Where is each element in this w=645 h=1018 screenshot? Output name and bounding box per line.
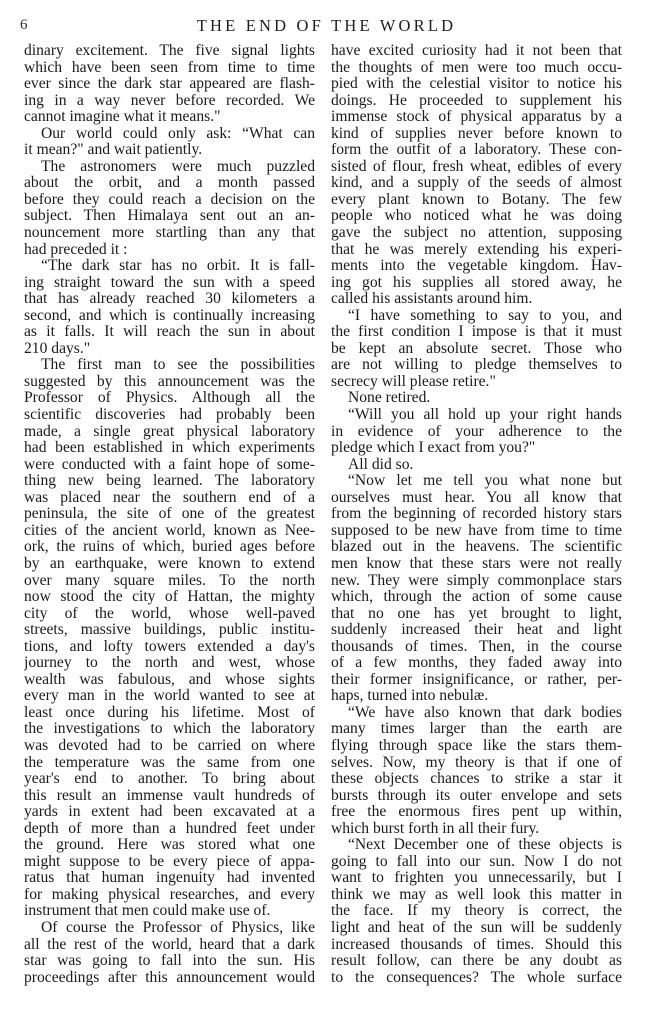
text-line: result follow, can there be any doubt as [331, 953, 622, 970]
text-line: might suppose to be every piece of appa- [24, 854, 315, 871]
text-line: pied with the celestial visitor to notic… [331, 76, 622, 93]
text-line: 210 days." [24, 341, 315, 358]
text-line: have excited curiosity had it not been t… [331, 43, 622, 60]
text-line: None retired. [331, 390, 622, 407]
text-line: it mean?" and wait patiently. [24, 142, 315, 159]
text-line: suddenly increased their heat and light [331, 622, 622, 639]
text-line: “Now let me tell you what none but [331, 473, 622, 490]
text-line: pledge which I exact from you?" [331, 440, 622, 457]
text-line: in evidence of your adherence to the [331, 424, 622, 441]
text-line: streets, massive buildings, public insti… [24, 622, 315, 639]
text-line: new. They were simply commonplace stars [331, 573, 622, 590]
text-line: light and heat of the sun will be sudden… [331, 920, 622, 937]
text-line: selves. Now, my theory is that if one of [331, 755, 622, 772]
text-line: city of the world, whose well-paved [24, 606, 315, 623]
text-line: the thoughts of men were too much occu- [331, 60, 622, 77]
text-line: ourselves must hear. You all know that [331, 490, 622, 507]
text-line: before they could reach a decision on th… [24, 192, 315, 209]
text-line: called his assistants around him. [331, 291, 622, 308]
text-line: ing got his supplies all stored away, he [331, 275, 622, 292]
text-line: ork, the ruins of which, buried ages bef… [24, 539, 315, 556]
text-line: dinary excitement. The five signal light… [24, 43, 315, 60]
text-line: had preceded it : [24, 242, 315, 259]
book-page: 6 THE END OF THE WORLD dinary excitement… [0, 0, 645, 1018]
text-line: that he was merely extending his experi- [331, 242, 622, 259]
text-line: Our world could only ask: “What can [24, 126, 315, 143]
text-line: ing straight toward the sun with a speed [24, 275, 315, 292]
text-line: ments into the vegetable kingdom. Hav- [331, 258, 622, 275]
text-line: now stood the city of Hattan, the mighty [24, 589, 315, 606]
text-line: form the outfit of a laboratory. These c… [331, 142, 622, 159]
text-line: “Next December one of these objects is [331, 837, 622, 854]
text-line: doings. He proceeded to supplement his [331, 93, 622, 110]
text-line: to the consequences? The whole surface [331, 970, 622, 987]
text-line: journey to the north and west, whose [24, 655, 315, 672]
text-line: made, a single great physical laboratory [24, 424, 315, 441]
text-line: cannot imagine what it means." [24, 109, 315, 126]
right-column: have excited curiosity had it not been t… [331, 43, 622, 986]
text-line: thousands of times. Then, in the course [331, 639, 622, 656]
text-line: immense stock of physical apparatus by a [331, 109, 622, 126]
text-line: every plant known to Botany. The few [331, 192, 622, 209]
text-line: the ground. Here was stored what one [24, 837, 315, 854]
text-line: for making physical researches, and ever… [24, 887, 315, 904]
text-line: instrument that men could make use of. [24, 903, 315, 920]
text-line: year's end to another. To bring about [24, 771, 315, 788]
text-line: this result an immense vault hundreds of [24, 788, 315, 805]
text-line: that no one has yet brought to light, [331, 606, 622, 623]
text-line: Professor of Physics. Although all the [24, 390, 315, 407]
text-line: which have been seen from time to time [24, 60, 315, 77]
text-line: ing in a way never before recorded. We [24, 93, 315, 110]
text-line: the investigations to which the laborato… [24, 721, 315, 738]
text-line: kind, and a supply of the seeds of almos… [331, 175, 622, 192]
text-line: free the enormous fires pent up within, [331, 804, 622, 821]
text-line: from the beginning of recorded history s… [331, 506, 622, 523]
text-line: by an earthquake, were known to extend [24, 556, 315, 573]
text-line: “We have also known that dark bodies [331, 705, 622, 722]
text-line: people who noticed what he was doing [331, 208, 622, 225]
text-line: sisted of flour, fresh wheat, edibles of… [331, 159, 622, 176]
text-line: secrecy will please retire." [331, 374, 622, 391]
text-line: peninsula, the site of one of the greate… [24, 506, 315, 523]
text-line: which, through the action of some cause [331, 589, 622, 606]
text-line: increased thousands of times. Should thi… [331, 937, 622, 954]
text-line: “The dark star has no orbit. It is fall- [24, 258, 315, 275]
text-line: All did so. [331, 457, 622, 474]
text-line: were conducted with a faint hope of some… [24, 457, 315, 474]
text-line: the temperature was the same from one [24, 755, 315, 772]
text-line: wealth was fabulous, and whose sights [24, 672, 315, 689]
text-line: cities of the ancient world, known as Ne… [24, 523, 315, 540]
text-line: about the orbit, and a month passed [24, 175, 315, 192]
text-line: all the rest of the world, heard that a … [24, 937, 315, 954]
text-line: The first man to see the possibilities [24, 357, 315, 374]
text-line: which burst forth in all their fury. [331, 821, 622, 838]
text-line: their former insignificance, or rather, … [331, 672, 622, 689]
text-line: many times larger than the earth are [331, 721, 622, 738]
text-line: had been established in which experiment… [24, 440, 315, 457]
text-line: ever since the dark star appeared are fl… [24, 76, 315, 93]
text-line: that has already reached 30 kilometers a [24, 291, 315, 308]
text-line: supposed to be new have from time to tim… [331, 523, 622, 540]
text-line: scientific discoveries had probably been [24, 407, 315, 424]
text-line: depth of more than a hundred feet under [24, 821, 315, 838]
text-line: yards in extent had been excavated at a [24, 804, 315, 821]
text-line: bursts through its outer envelope and se… [331, 788, 622, 805]
text-line: nouncement more startling than any that [24, 225, 315, 242]
text-line: ratus that human ingenuity had invented [24, 870, 315, 887]
text-line: the first condition I impose is that it … [331, 324, 622, 341]
text-line: are not willing to pledge themselves to [331, 357, 622, 374]
text-line: of a few months, they faded away into [331, 655, 622, 672]
running-title: THE END OF THE WORLD [0, 16, 645, 36]
text-line: kind of supplies never before known to [331, 126, 622, 143]
text-line: the face. If my theory is correct, the [331, 903, 622, 920]
text-line: star was going to fall into the sun. His [24, 953, 315, 970]
text-line: was placed near the southern end of a [24, 490, 315, 507]
text-line: these objects chances to strike a star i… [331, 771, 622, 788]
text-line: men know that these stars were not reall… [331, 556, 622, 573]
text-line: subject. Then Himalaya sent out an an- [24, 208, 315, 225]
text-line: thing new being learned. The laboratory [24, 473, 315, 490]
text-line: suggested by this announcement was the [24, 374, 315, 391]
left-column: dinary excitement. The five signal light… [24, 43, 315, 986]
text-line: flying through space like the stars them… [331, 738, 622, 755]
text-line: least once during his lifetime. Most of [24, 705, 315, 722]
text-line: going to fall into our sun. Now I do not [331, 854, 622, 871]
text-line: proceedings after this announcement woul… [24, 970, 315, 987]
text-line: as it falls. It will reach the sun in ab… [24, 324, 315, 341]
text-line: think we may as well look this matter in [331, 887, 622, 904]
text-line: blazed out in the heavens. The scientifi… [331, 539, 622, 556]
text-line: be kept an absolute secret. Those who [331, 341, 622, 358]
text-line: second, and which is continually increas… [24, 308, 315, 325]
text-line: “I have something to say to you, and [331, 308, 622, 325]
text-line: Of course the Professor of Physics, like [24, 920, 315, 937]
text-line: every man in the world wanted to see at [24, 688, 315, 705]
text-line: The astronomers were much puzzled [24, 159, 315, 176]
text-line: want to frighten you unnecessarily, but … [331, 870, 622, 887]
text-line: was devoted had to be carried on where [24, 738, 315, 755]
text-line: haps, turned into nebulæ. [331, 688, 622, 705]
text-line: over many square miles. To the north [24, 573, 315, 590]
text-line: tions, and lofty towers extended a day's [24, 639, 315, 656]
text-line: gave the subject no attention, supposing [331, 225, 622, 242]
text-line: “Will you all hold up your right hands [331, 407, 622, 424]
